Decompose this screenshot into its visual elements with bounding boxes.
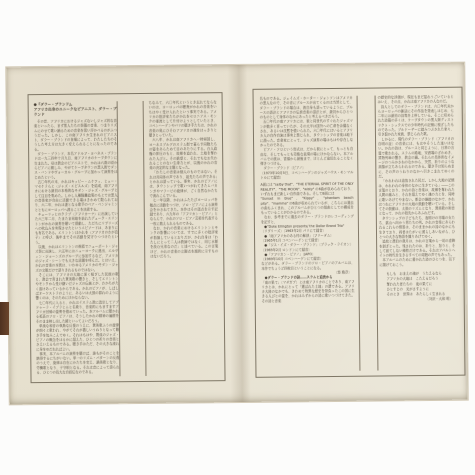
- body-paragraph: 六八年、かれは南アフリカへ一時帰国し、ヨハネスブルグのスラム街で暮らす同胞たちの…: [149, 137, 217, 170]
- center-fold-shadow: [227, 65, 251, 402]
- body-paragraph: 事実、本アルバムの演奏を聴けば、誰もがそのことを納得するにちがいない。単一のリズ…: [36, 351, 119, 375]
- body-paragraph: 五〇年代の末、かれはキッピー・ムケツィ、ヒュー・マセケラらと〈ジャズ・エピスルズ…: [34, 179, 117, 212]
- body-paragraph: ダラー・ブランド、本名アドルフ・ヨハネス・ブランドは一九三四年十月九日、南アフリ…: [34, 151, 117, 180]
- body-paragraph: ピアノ・ソロという形式は、だから彼にとって、もっとも自由な、そしてもっとも苛酷な…: [260, 147, 353, 167]
- body-paragraph: 七一年以降、かれはふたたびヨーロッパを拠点に活動をつづけ、ソロ・ピアノによる演奏…: [150, 198, 218, 227]
- body-paragraph: 七〇年代に入ると、かれはイスラム教に改宗してアブドゥーラ・イブラヒムと名乗り、音…: [36, 300, 119, 324]
- body-paragraph: 単純な和音の執拗な反復のうえに、賛美歌ふうの旋律が朗々と歌われ、やがてそれが激し…: [36, 323, 119, 352]
- body-paragraph: その昔、アフリカにおけるジャズないしジャズ的な音楽といったら、まず黒人たちの祭儀…: [34, 119, 117, 152]
- body-paragraph: 「わたしの音楽は個人のものではない。それは共同体の声であり、祖先たちの声である」…: [149, 170, 217, 199]
- tracklist-side-b: "Sunset in blue"、"Kippy"、"phantom beach …: [261, 196, 354, 216]
- translator-credit: 〔対訳・大和 明〕: [380, 297, 456, 302]
- body-paragraph: 「われわれは追放された民だ。しかし大地の記憶は、われわれの身体のなかに生きている…: [378, 178, 454, 216]
- column-gutter: [118, 101, 146, 376]
- left-page-column-1: ●『ダラー・ブランド』。 アフリカ出身のユニークなピアニスト、ダラー・ブランド …: [34, 101, 121, 377]
- scan-edge-artifact: [0, 302, 9, 335]
- body-paragraph: 以後、かれはエリントンの推薦でニューポート・ジャズ祭に出演し、六五年にはニューヨ…: [35, 244, 118, 273]
- article-heading: ●『ダラー・ブランド』。 アフリカ出身のユニークなピアニスト、ダラー・ブランド: [34, 101, 117, 117]
- right-page-frame: 名ものである。ジェイムズ・ホーター・ジョンソンはアメリカの黒人なので、その音にブ…: [252, 87, 465, 378]
- heading-line: アフリカ出身のユニークなピアニスト、ダラー・ブランド: [34, 106, 117, 117]
- body-paragraph: ちなみて、六〇年代というとき忘れてならないのは、ヨーロッパの聴衆がかれの音楽をい…: [149, 100, 217, 138]
- body-paragraph: タウンシップの子どもたち、夜明けの市場の女たち、鉱山へ向かう男たちの列。かれの音…: [379, 216, 455, 240]
- tracklist-side-a: A面には "selby that"、"THE ETERNAL SPIRIT OF…: [260, 182, 353, 197]
- body-paragraph: 追放と漂泊の歳月は、かれの言葉から一切の虚飾を剥ぎとった。残されたのは、祈りと、…: [379, 239, 455, 258]
- left-page-column-2: ちなみて、六〇年代というとき忘れてならないのは、ヨーロッパの聴衆がかれの音楽をい…: [143, 100, 225, 376]
- body-paragraph: の歴史的な評価が、現在もまだ揺れうごいているとはいえ、その点、かれは南アフリカの…: [378, 95, 454, 105]
- body-paragraph: しかるに、現代のダラー・ブランド〔アフリカの自明の証〕の音楽には、もはやそうした…: [378, 137, 454, 180]
- right-page-column-2: の歴史的な評価が、現在もまだ揺れうごいているとはいえ、その点、かれは南アフリカの…: [375, 95, 465, 371]
- body-paragraph: チューリッヒのクラブ〈アフリカーナ〉に出演していた六三年二月、たまたま同地を訪れ…: [35, 212, 118, 245]
- body-paragraph: 詩人としてのダラー・ブランドは、六〇年代末からヨーロッパの雑誌にその作品を発表し…: [378, 104, 454, 137]
- body-paragraph: そこには、アフリカの大地に深く根ざした民族の歌と、教会で育まれた賛美歌の響きと、…: [35, 272, 118, 301]
- liner-notes-paper: ●『ダラー・ブランド』。 アフリカ出身のユニークなピアニスト、ダラー・ブランド …: [5, 62, 469, 406]
- left-page-frame: ●『ダラー・ブランド』。 アフリカ出身のユニークなピアニスト、ダラー・ブランド …: [28, 92, 226, 383]
- left-page: ●『ダラー・ブランド』。 アフリカ出身のユニークなピアニスト、ダラー・ブランド …: [28, 92, 226, 383]
- right-page-column-1: 名ものである。ジェイムズ・ホーター・ジョンソンはアメリカの黒人なので、その音にブ…: [260, 96, 361, 372]
- body-paragraph: 名ものである。ジェイムズ・ホーター・ジョンソンはアメリカの黒人なので、その音にブ…: [260, 96, 353, 120]
- body-paragraph: 「南の果て」〔マダガブ〕とは南アフリカのことであり、南アフリカとは、かれにとって…: [261, 280, 354, 304]
- right-page: 名ものである。ジェイムズ・ホーター・ジョンソンはアメリカの黒人なので、その音にブ…: [252, 87, 465, 378]
- body-paragraph: なお、かれの音楽におけるエリントンとモンクの影響については、すでに多くの批評家が…: [150, 226, 218, 259]
- body-paragraph: 五〇年代の南アフリカには、彼と同世代のすぐれたジャズマンが数多く育っていたが、そ…: [260, 119, 353, 148]
- poem-block: もしも おまえの魂が うたえるなら アフリカの大地は こたえるだろう 奪われた者…: [379, 271, 455, 297]
